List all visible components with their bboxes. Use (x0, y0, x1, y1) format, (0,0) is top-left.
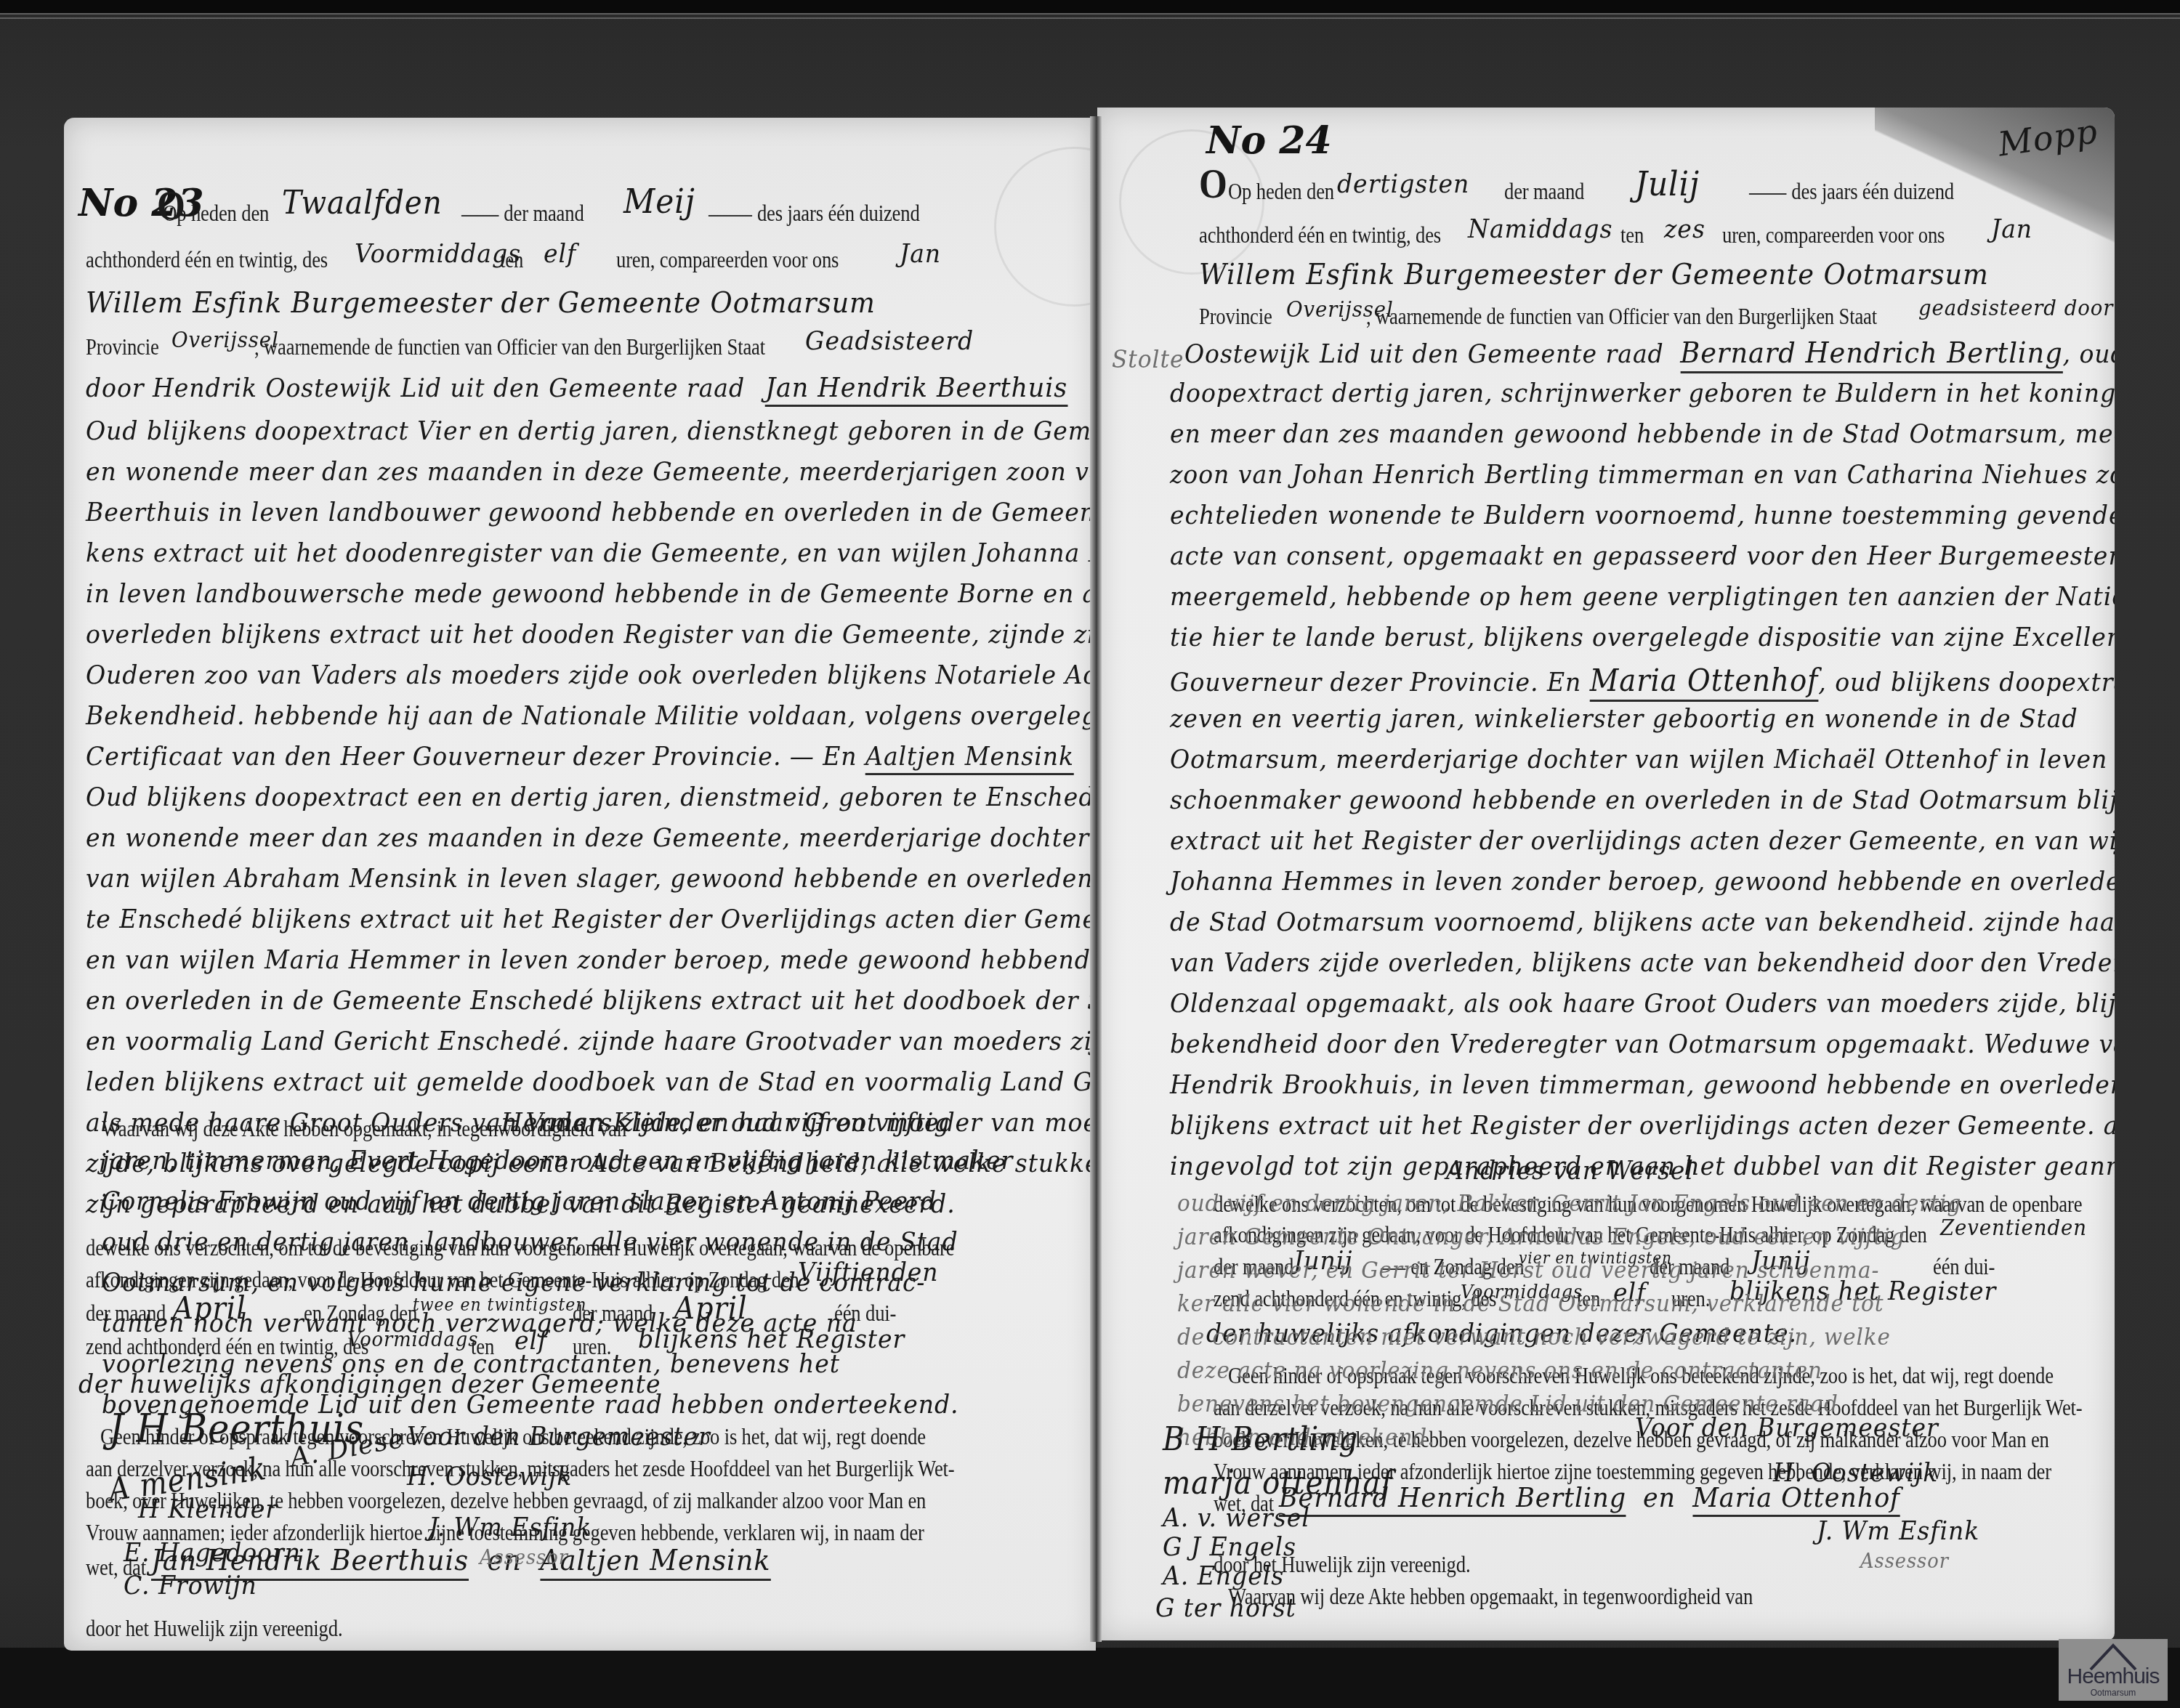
handwritten-assisted-line: Oostewijk Lid uit den Gemeente raad Bern… (1184, 339, 2115, 368)
printed-ten: ten (1620, 224, 1644, 246)
handwritten-month: Julij (1635, 167, 1700, 201)
signature-witness: G J Engels (1163, 1534, 1296, 1561)
embossed-seal (994, 147, 1096, 307)
printed-achthonderd: achthonderd één en twintig, des (1199, 224, 1441, 246)
signature-mayor: H. Oostewijk (1773, 1460, 1938, 1486)
printed-des-jaars: des jaars één duizend (1744, 180, 1954, 203)
printed-waarnemende: , waarnemende de functien van Officier v… (1366, 305, 1877, 328)
handwritten-assisted: Geadsisteerd (805, 328, 974, 355)
signature-groom: B H Bertling (1163, 1424, 1358, 1456)
witness-line: voorlezing nevens ons en de contractante… (102, 1351, 840, 1377)
signature-witness: A. v. wersel (1163, 1505, 1310, 1531)
signature-witness: H Kleinder (138, 1497, 278, 1523)
handwritten-day: dertigsten (1337, 171, 1469, 198)
witness-line: benevens het bovengenoemde Lid uit den G… (1177, 1392, 1838, 1415)
handwritten-first-sunday: Zeventienden (1940, 1218, 2087, 1239)
signature-witness: A. Engels (1163, 1563, 1284, 1590)
printed-des-jaars: des jaars één duizend (703, 202, 920, 224)
printed-ten: ten (500, 248, 523, 271)
scan-line (0, 17, 2180, 19)
handwritten-official: Willem Esfink Burgemeester der Gemeente … (86, 288, 876, 317)
handwritten-official-first: Jan (1991, 216, 2032, 243)
scan-line (0, 13, 2180, 15)
printed-text: Op heden den (182, 202, 269, 224)
handwritten-assisted-line: door Hendrik Oostewijk Lid uit den Gemee… (86, 373, 1067, 402)
logo-sub: Ootmarsum (2091, 1688, 2136, 1698)
signature-bride: marja ottenhaf (1163, 1468, 1392, 1499)
printed-op-heden: Op heden den (1228, 180, 1334, 203)
official-title: Assessor (480, 1547, 568, 1568)
witness-line: de contractanten niet verwant noch verzw… (1177, 1325, 1891, 1348)
act-number: No 24 (1206, 122, 1332, 160)
witness-line: ker alle vier wonende in de Stad Ootmars… (1177, 1292, 1884, 1315)
handwritten-official-first: Jan (900, 241, 941, 267)
signature-witness: G ter horst (1155, 1595, 1296, 1622)
signature-witness: E. Hagedoorn (124, 1540, 301, 1566)
mayor-label: Voor den Burgemeester (1635, 1415, 1939, 1441)
drop-cap: O (1199, 163, 1227, 205)
official-title: Assessor (1860, 1551, 1949, 1571)
witness-line: Ootmarsum, en volgens hunne eigene verkl… (102, 1270, 925, 1296)
printed-compareerden: uren, compareerden voor ons (1722, 224, 1945, 246)
printed-compareerden: uren, compareerden voor ons (616, 248, 839, 271)
printed-provincie: Provincie (1199, 305, 1272, 328)
handwritten-part-of-day: Voormiddags (355, 241, 521, 267)
handwritten-hour: zes (1664, 216, 1705, 243)
witness-line: deze acte na voorlezing nevens ons en de… (1177, 1359, 1822, 1382)
witness-line: oud vijf en dertig jaren, Bakker, Gerrit… (1177, 1191, 1961, 1215)
printed-der-maand: der maand (456, 202, 584, 224)
handwritten-hour: elf (544, 241, 576, 267)
signature-witness: C. Frowijn (124, 1573, 257, 1599)
margin-note: Stolte (1112, 347, 1184, 372)
printed-waarnemende: , waarnemende de functien van Officier v… (254, 336, 765, 358)
signature-official: J. Wm Esfink (1817, 1518, 1979, 1545)
signature-mayor: H. Oostewijk (407, 1464, 572, 1490)
heemhuis-logo: Heemhuis Ootmarsum (2059, 1639, 2168, 1701)
handwritten-part-of-day: Namiddags (1468, 216, 1612, 243)
handwritten-official: Willem Esfink Burgemeester der Gemeente … (1199, 260, 1989, 289)
printed-der-maand: der maand (1504, 180, 1584, 203)
house-roof-icon (2088, 1643, 2139, 1671)
bride-name: Aaltjen Mensink (865, 742, 1074, 775)
handwritten-witness-start: Andries van Wersel (1446, 1158, 1694, 1184)
book-gutter (1090, 116, 1102, 1642)
witness-line: jaren Gemeente Ontvanger, Arnoldus Engel… (1177, 1225, 1905, 1248)
groom-name: Bernard Hendrich Bertling (1680, 336, 2062, 373)
signature-official: J. Wm Esfink (429, 1515, 592, 1541)
witness-line: Cornelis Frowijn oud vijf en dertig jare… (102, 1189, 937, 1215)
handwritten-month: Meij (623, 185, 695, 218)
printed-waarvan: Waarvan wij deze Akte hebben opgemaakt, … (1228, 1585, 1753, 1608)
mayor-label: Voor den Burgemeester (407, 1424, 711, 1450)
groom-name: Jan Hendrik Beerthuis (765, 371, 1067, 407)
printed-provincie: Provincie (86, 336, 159, 358)
handwritten-day: Twaalfden (282, 187, 443, 219)
witness-line: jaren, timmerman, Evert Hagedoorn oud ee… (102, 1148, 1013, 1174)
witness-line: oud drie en dertig jaren, landbouwer, al… (102, 1229, 958, 1255)
witness-line: tanten noch verwant noch verzwagerd; wel… (102, 1311, 857, 1337)
scanner-bottom-band (0, 1648, 2180, 1708)
handwritten-witness-start: Herman Kleinder oud vijf en vijftig (501, 1110, 950, 1136)
printed-achthonderd: achthonderd één en twintig, des (86, 248, 328, 271)
printed-een-dui: één dui- (1933, 1255, 1995, 1278)
printed-door-het: door het Huwelijk zijn vereenigd. (86, 1617, 342, 1640)
handwritten-assisted: geadsisteerd door Hendrik (1918, 298, 2115, 320)
bride-name: Maria Ottenhof (1590, 663, 1819, 702)
witness-line: jaren wever, en Gerrit ter Horst oud vee… (1177, 1258, 1879, 1282)
